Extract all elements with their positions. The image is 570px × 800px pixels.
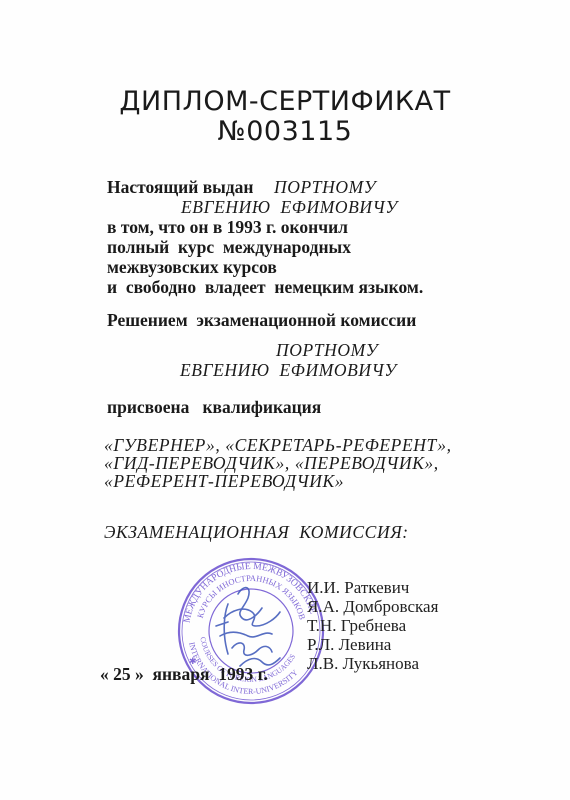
body-line: и свободно владеет немецким языком.	[107, 277, 423, 297]
commission-member: Р.Л. Левина	[307, 635, 391, 655]
document-title: ДИПЛОМ-СЕРТИФИКАТ	[0, 87, 570, 117]
commission-member: Л.В. Лукьянова	[307, 654, 419, 674]
recipient-given-names: ЕВГЕНИЮ ЕФИМОВИЧУ	[181, 197, 398, 217]
qualification-line: «ГИД-ПЕРЕВОДЧИК», «ПЕРЕВОДЧИК»,	[104, 453, 439, 473]
recipient-surname-2: ПОРТНОМУ	[276, 340, 378, 360]
commission-heading: ЭКЗАМЕНАЦИОННАЯ КОМИССИЯ:	[104, 522, 409, 542]
commission-member: И.И. Раткевич	[307, 578, 409, 598]
commission-member: Я.А. Домбровская	[307, 597, 438, 617]
body-line: в том, что он в 1993 г. окончил	[107, 217, 348, 237]
commission-member: Т.Н. Гребнева	[307, 616, 406, 636]
body-line: межвузовских курсов	[107, 257, 277, 277]
recipient-surname: ПОРТНОМУ	[274, 177, 376, 197]
document-number: №003115	[0, 117, 570, 147]
body-line: полный курс международных	[107, 237, 351, 257]
issue-date: « 25 » января 1993 г.	[100, 664, 268, 685]
decision-line: Решением экзаменационной комиссии	[107, 310, 416, 330]
qualification-line: «ГУВЕРНЕР», «СЕКРЕТАРЬ-РЕФЕРЕНТ»,	[104, 435, 452, 455]
diploma-certificate-page: ДИПЛОМ-СЕРТИФИКАТ №003115 Настоящий выда…	[0, 0, 570, 800]
recipient-given-names-2: ЕВГЕНИЮ ЕФИМОВИЧУ	[180, 360, 397, 380]
issued-to-label: Настоящий выдан	[107, 177, 254, 197]
signatures-icon	[216, 588, 280, 666]
qualification-label: присвоена квалификация	[107, 397, 321, 417]
qualification-line: «РЕФЕРЕНТ-ПЕРЕВОДЧИК»	[104, 471, 344, 491]
